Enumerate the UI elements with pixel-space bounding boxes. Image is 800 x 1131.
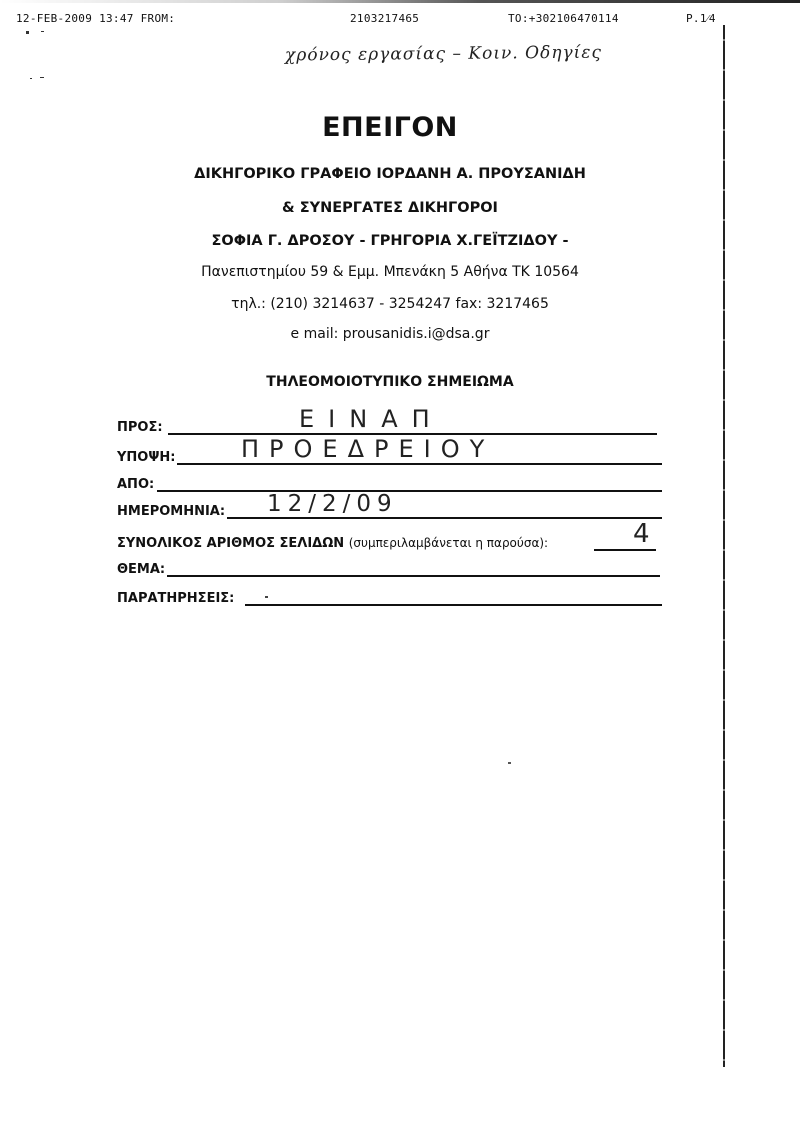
scan-speck xyxy=(508,762,511,764)
urgent-title: ΕΠΕΙΓΟΝ xyxy=(0,112,790,143)
scan-speck xyxy=(265,596,268,598)
scan-speck xyxy=(41,31,44,32)
field-to-label: ΠΡΟΣ: xyxy=(117,420,163,435)
fax-to-number: TO:+302106470114 xyxy=(508,12,619,25)
field-total-pages-label: ΣΥΝΟΛΙΚΟΣ ΑΡΙΘΜΟΣ ΣΕΛΙΔΩΝ (συμπεριλαμβάν… xyxy=(117,536,548,551)
fax-from-number: 2103217465 xyxy=(350,12,419,25)
field-date-label: ΗΜΕΡΟΜΗΝΙΑ: xyxy=(117,504,225,519)
handwritten-annotation: χρόνος εργασίας – Κοιν. Οδηγίες xyxy=(285,43,602,66)
fax-datetime: 12-FEB-2009 13:47 FROM: xyxy=(16,12,175,25)
firm-name-line1: ΔΙΚΗΓΟΡΙΚΟ ΓΡΑΦΕΙΟ ΙΟΡΔΑΝΗ Α. ΠΡΟΥΣΑΝΙΔΗ xyxy=(0,166,790,182)
firm-name-line2: & ΣΥΝΕΡΓΑΤΕΣ ΔΙΚΗΓΟΡΟΙ xyxy=(0,200,790,216)
field-total-pages-label-text: ΣΥΝΟΛΙΚΟΣ ΑΡΙΘΜΟΣ ΣΕΛΙΔΩΝ xyxy=(117,536,344,551)
field-total-pages: ΣΥΝΟΛΙΚΟΣ ΑΡΙΘΜΟΣ ΣΕΛΙΔΩΝ (συμπεριλαμβάν… xyxy=(117,527,662,551)
field-subject: ΘΕΜΑ: xyxy=(117,553,660,577)
field-attention-value: ΠΡΟΕΔΡΕΙΟΥ xyxy=(241,435,494,463)
fax-page-counter: P.1⁄4 xyxy=(686,12,716,25)
field-subject-label: ΘΕΜΑ: xyxy=(117,562,165,577)
field-total-pages-line xyxy=(594,549,656,551)
field-date-line xyxy=(227,517,662,519)
field-to-value: ΕΙΝΑΠ xyxy=(299,405,444,433)
field-from-line xyxy=(157,490,662,492)
scan-speck xyxy=(26,31,29,34)
field-to: ΠΡΟΣ: ΕΙΝΑΠ xyxy=(117,411,657,435)
field-from-label: ΑΠΟ: xyxy=(117,477,154,492)
field-remarks-label: ΠΑΡΑΤΗΡΗΣΕΙΣ: xyxy=(117,591,234,606)
firm-name-line3: ΣΟΦΙΑ Γ. ΔΡΟΣΟΥ - ΓΡΗΓΟΡΙΑ Χ.ΓΕΪΤΖΙΔΟΥ - xyxy=(0,233,790,249)
field-date: ΗΜΕΡΟΜΗΝΙΑ: 12/2/09 xyxy=(117,495,662,519)
field-total-pages-sublabel: (συμπεριλαμβάνεται η παρούσα): xyxy=(349,536,548,550)
field-attention-label: ΥΠΟΨΗ: xyxy=(117,450,175,465)
field-date-value: 12/2/09 xyxy=(267,491,398,517)
firm-phone-fax: τηλ.: (210) 3214637 - 3254247 fax: 32174… xyxy=(0,296,790,312)
scan-speck xyxy=(40,77,44,78)
field-attention: ΥΠΟΨΗ: ΠΡΟΕΔΡΕΙΟΥ xyxy=(117,441,662,465)
field-remarks-line xyxy=(245,604,662,606)
field-remarks: ΠΑΡΑΤΗΡΗΣΕΙΣ: xyxy=(117,582,662,606)
fax-transmission-header: 12-FEB-2009 13:47 FROM: 2103217465 TO:+3… xyxy=(0,12,800,26)
firm-address: Πανεπιστημίου 59 & Εμμ. Μπενάκη 5 Αθήνα … xyxy=(0,264,790,280)
field-from: ΑΠΟ: xyxy=(117,468,662,492)
scan-top-edge xyxy=(0,0,800,3)
field-total-pages-value: 4 xyxy=(633,519,664,549)
memo-title: ΤΗΛΕΟΜΟΙΟΤΥΠΙΚΟ ΣΗΜΕΙΩΜΑ xyxy=(0,374,790,390)
field-subject-line xyxy=(167,575,660,577)
field-attention-line xyxy=(177,463,662,465)
firm-email: e mail: prousanidis.i@dsa.gr xyxy=(0,326,790,342)
scan-speck xyxy=(30,78,32,79)
